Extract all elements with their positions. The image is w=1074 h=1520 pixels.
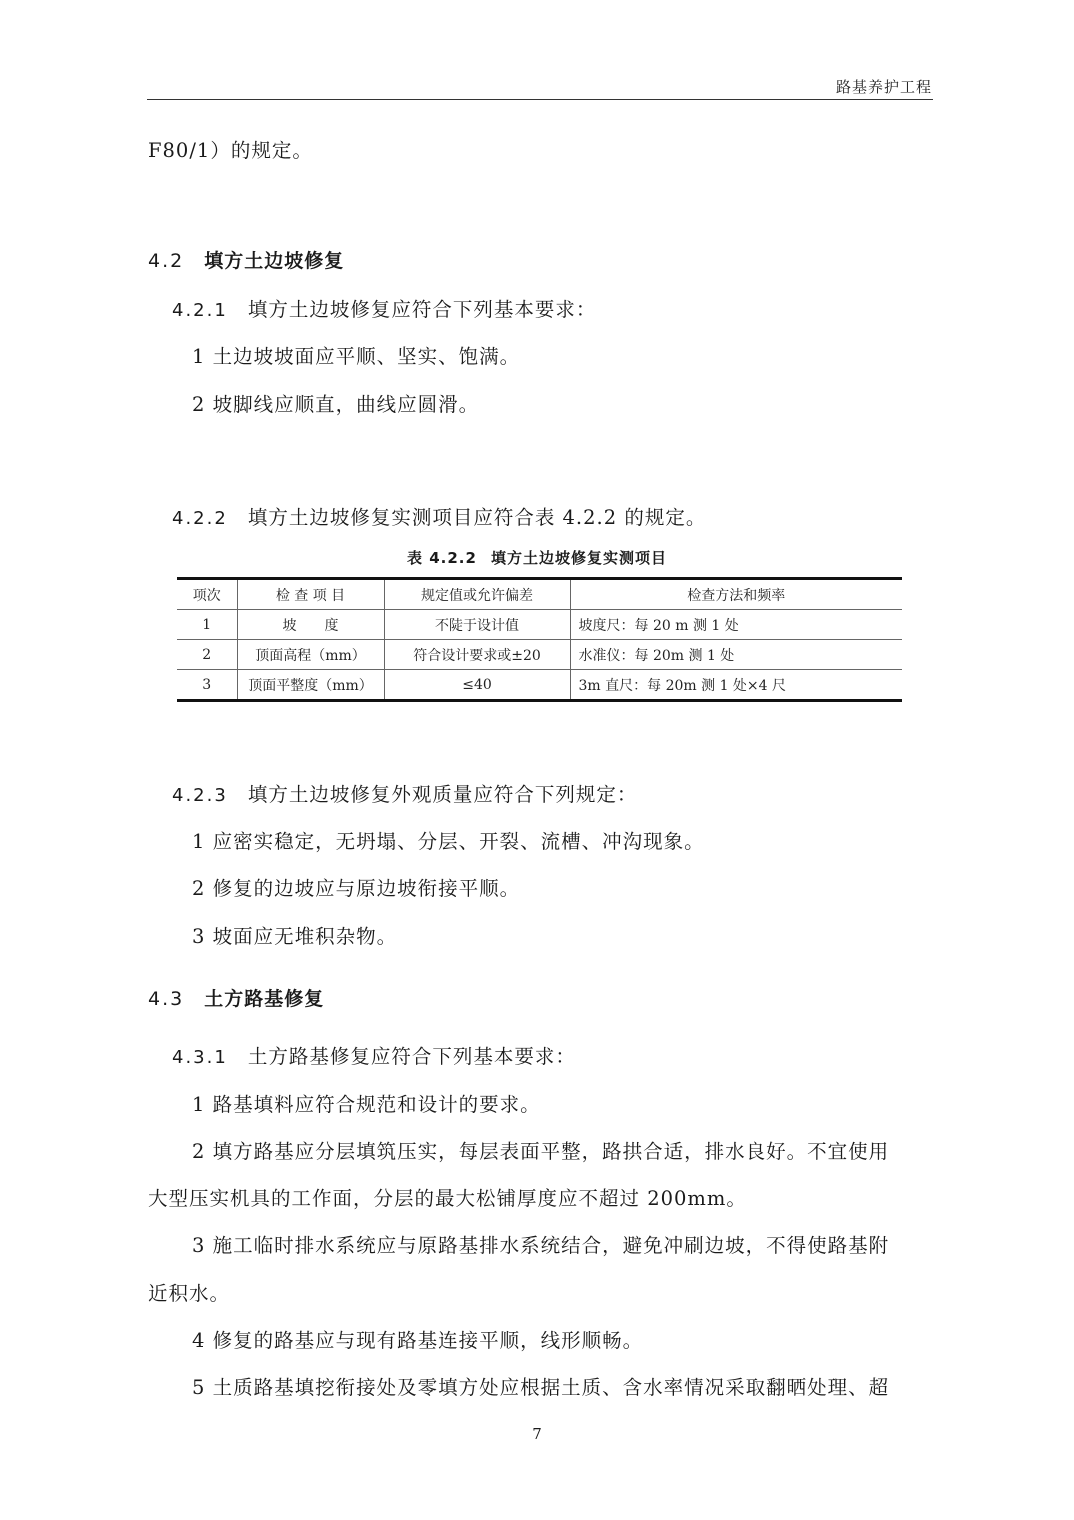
table-cell: 坡度尺：每 20 m 测 1 处	[570, 610, 902, 640]
clause-4-2-3: 4.2.3填方土边坡修复外观质量应符合下列规定：	[172, 779, 637, 807]
table-row: 3 顶面平整度（mm） ≤40 3m 直尺：每 20m 测 1 处×4 尺	[177, 670, 902, 701]
list-item-continuation: 近积水。	[148, 1278, 230, 1306]
section-heading-4-2: 4.2填方土边坡修复	[148, 246, 344, 273]
list-item-continuation: 大型压实机具的工作面，分层的最大松铺厚度应不超过 200mm。	[148, 1183, 747, 1211]
list-item: 1 应密实稳定，无坍塌、分层、开裂、流槽、冲沟现象。	[192, 826, 705, 854]
table-cell: 顶面高程（mm）	[237, 640, 384, 670]
table-cell: 水准仪：每 20m 测 1 处	[570, 640, 902, 670]
clause-number: 4.2.1	[172, 300, 228, 321]
section-heading-4-3: 4.3土方路基修复	[148, 984, 324, 1011]
column-header: 检 查 项 目	[237, 579, 384, 610]
table-cell: 2	[177, 640, 237, 670]
list-item: 2 填方路基应分层填筑压实，每层表面平整，路拱合适，排水良好。不宜使用	[192, 1136, 889, 1164]
clause-4-3-1: 4.3.1土方路基修复应符合下列基本要求：	[172, 1041, 576, 1069]
clause-number: 4.2.3	[172, 785, 228, 806]
column-header: 规定值或允许偏差	[384, 579, 570, 610]
continuation-text: F80/1）的规定。	[148, 135, 313, 163]
table-row: 2 顶面高程（mm） 符合设计要求或±20 水准仪：每 20m 测 1 处	[177, 640, 902, 670]
table-cell: 顶面平整度（mm）	[237, 670, 384, 701]
clause-text: 填方土边坡修复外观质量应符合下列规定：	[248, 783, 638, 806]
list-item: 2 坡脚线应顺直，曲线应圆滑。	[192, 389, 479, 417]
clause-4-2-1: 4.2.1填方土边坡修复应符合下列基本要求：	[172, 294, 596, 322]
list-item: 4 修复的路基应与现有路基连接平顺，线形顺畅。	[192, 1325, 643, 1353]
section-number: 4.2	[148, 250, 184, 272]
table-row: 1 坡 度 不陡于设计值 坡度尺：每 20 m 测 1 处	[177, 610, 902, 640]
section-title: 土方路基修复	[204, 988, 324, 1010]
table-cell: 3	[177, 670, 237, 701]
clause-4-2-2: 4.2.2填方土边坡修复实测项目应符合表 4.2.2 的规定。	[172, 502, 706, 530]
list-item: 2 修复的边坡应与原边坡衔接平顺。	[192, 873, 520, 901]
list-item: 1 土边坡坡面应平顺、坚实、饱满。	[192, 341, 520, 369]
table-cell: 3m 直尺：每 20m 测 1 处×4 尺	[570, 670, 902, 701]
column-header: 检查方法和频率	[570, 579, 902, 610]
table-caption-number: 表 4.2.2	[407, 549, 477, 567]
running-header-title: 路基养护工程	[836, 76, 932, 97]
clause-number: 4.3.1	[172, 1047, 228, 1068]
list-item: 5 土质路基填挖衔接处及零填方处应根据土质、含水率情况采取翻晒处理、超	[192, 1372, 889, 1400]
table-cell: ≤40	[384, 670, 570, 701]
table-cell: 不陡于设计值	[384, 610, 570, 640]
clause-number: 4.2.2	[172, 508, 228, 529]
table-cell: 坡 度	[237, 610, 384, 640]
table-cell: 符合设计要求或±20	[384, 640, 570, 670]
clause-text: 填方土边坡修复应符合下列基本要求：	[248, 298, 597, 321]
table-cell: 1	[177, 610, 237, 640]
table-caption: 表 4.2.2填方土边坡修复实测项目	[0, 547, 1074, 568]
page-number: 7	[0, 1425, 1074, 1443]
clause-text: 土方路基修复应符合下列基本要求：	[248, 1045, 576, 1068]
column-header: 项次	[177, 579, 237, 610]
table-caption-title: 填方土边坡修复实测项目	[491, 549, 667, 567]
list-item: 3 施工临时排水系统应与原路基排水系统结合，避免冲刷边坡，不得使路基附	[192, 1230, 889, 1258]
clause-text: 填方土边坡修复实测项目应符合表 4.2.2 的规定。	[248, 506, 707, 529]
list-item: 3 坡面应无堆积杂物。	[192, 921, 397, 949]
header-divider	[147, 99, 933, 100]
section-number: 4.3	[148, 988, 184, 1010]
list-item: 1 路基填料应符合规范和设计的要求。	[192, 1089, 541, 1117]
section-title: 填方土边坡修复	[204, 250, 344, 272]
table-header-row: 项次 检 查 项 目 规定值或允许偏差 检查方法和频率	[177, 579, 902, 610]
inspection-table: 项次 检 查 项 目 规定值或允许偏差 检查方法和频率 1 坡 度 不陡于设计值…	[177, 577, 902, 702]
